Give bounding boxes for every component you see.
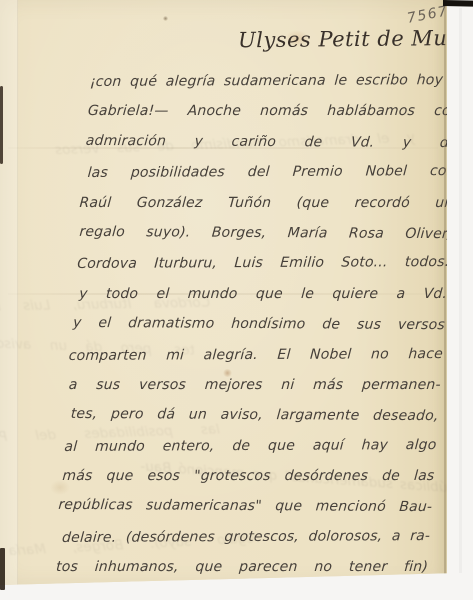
scan-edge-artifact	[0, 548, 5, 590]
scan-edge-artifact	[443, 0, 473, 7]
letter-line: las posibilidades del Premio Nobel con	[87, 156, 457, 188]
paper-stain	[163, 16, 168, 21]
scanner-streak	[459, 8, 462, 573]
letter-line: ¡con qué alegría sudamericana le escribo…	[89, 65, 463, 97]
letter-body: ¡con qué alegría sudamericana le escribo…	[55, 66, 463, 583]
letter-line: tos inhumanos, que parecen no tener fin)	[55, 552, 429, 582]
letter-line: Raúl González Tuñón (que recordó un	[78, 188, 454, 218]
letter-line: y todo el mundo que le quiere a Vd.	[78, 279, 448, 309]
letter-paper: y el dramatismo hondísimo de sus versos …	[0, 0, 447, 585]
letterhead-name: Ulyses Petit de Murat	[238, 26, 473, 53]
letter-line: Cordova Iturburu, Luis Emilio Soto... to…	[76, 247, 450, 279]
letter-line: al mundo entero, de que aquí hay algo	[63, 430, 437, 462]
letter-line: regalo suyo). Borges, María Rosa Oliver,	[78, 217, 452, 250]
letter-line: tes, pero dá un aviso, largamente desead…	[70, 399, 440, 432]
paper-right-edge	[444, 0, 446, 575]
scan-edge-artifact	[0, 86, 3, 164]
letter-line: más que esos "grotescos desórdenes de la…	[61, 461, 435, 491]
letter-line: Gabriela!— Anoche nomás hablábamos con	[87, 96, 461, 126]
letter-line: a sus versos mejores ni más permanen-	[68, 370, 442, 400]
letter-line: y el dramatismo hondísimo de sus versos	[72, 308, 446, 341]
letter-line: admiración y cariño de Vd. y de	[85, 126, 459, 159]
letter-line: repúblicas sudamericanas" que mencionó B…	[57, 490, 433, 523]
letter-line: comparten mi alegría. El Nobel no hace	[68, 339, 444, 371]
letter-line: delaire. (desórdenes grotescos, doloroso…	[61, 521, 431, 553]
